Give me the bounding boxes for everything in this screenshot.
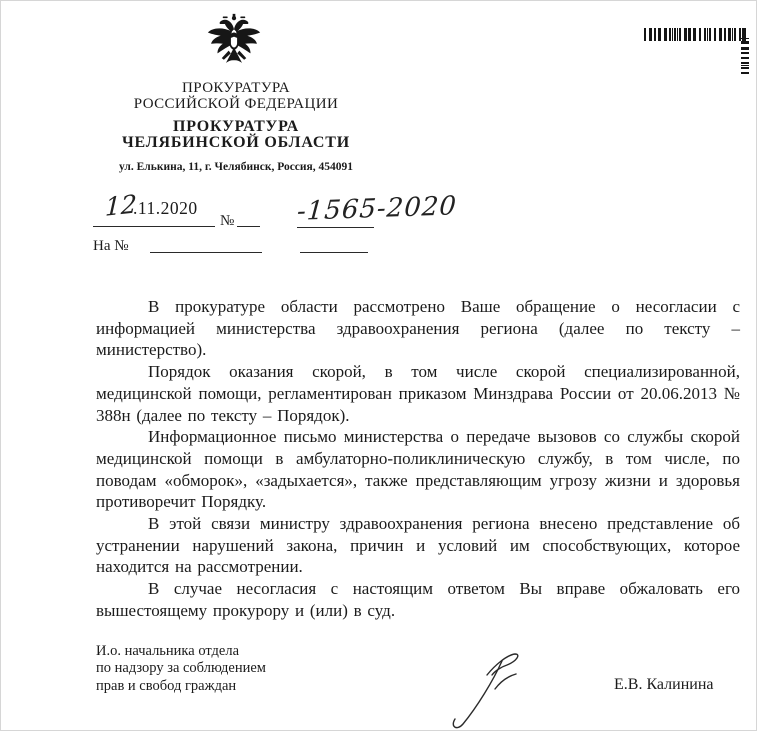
letter-body: В прокуратуре области рассмотрено Ваше о…: [96, 296, 740, 622]
signatory-title-line2: по надзору за соблюдением: [96, 660, 266, 677]
blank-line-reply-number: [150, 252, 262, 253]
org-parent-line2: РОССИЙСКОЙ ФЕДЕРАЦИИ: [109, 97, 363, 113]
paragraph-3: Информационное письмо министерства о пер…: [96, 426, 740, 513]
letterhead: ПРОКУРАТУРА РОССИЙСКОЙ ФЕДЕРАЦИИ ПРОКУРА…: [109, 81, 363, 173]
coat-of-arms-icon: [202, 9, 266, 71]
paragraph-1: В прокуратуре области рассмотрено Ваше о…: [96, 296, 740, 361]
outgoing-number-handwritten: -1565-2020: [296, 191, 458, 227]
blank-line-reply-date: [300, 252, 368, 253]
signatory-title-line3: прав и свобод граждан: [96, 678, 266, 695]
paragraph-5: В случае несогласия с настоящим ответом …: [96, 578, 740, 621]
handwritten-signature-icon: [447, 649, 529, 729]
blank-line-outgoing-number: [297, 227, 374, 228]
blank-line-number: [237, 226, 260, 227]
org-main-line1: ПРОКУРАТУРА: [109, 119, 363, 135]
reply-to-label: На №: [93, 238, 129, 255]
signatory-title: И.о. начальника отдела по надзору за соб…: [96, 643, 266, 695]
barcode-icon: [644, 28, 746, 41]
date-printed: .11.2020: [133, 198, 198, 219]
signatory-name: Е.В. Калинина: [614, 676, 713, 694]
signatory-title-line1: И.о. начальника отдела: [96, 643, 266, 660]
document-page: ПРОКУРАТУРА РОССИЙСКОЙ ФЕДЕРАЦИИ ПРОКУРА…: [0, 0, 757, 731]
number-label: №: [220, 213, 234, 230]
barcode-icon-vertical: [741, 38, 749, 74]
paragraph-2: Порядок оказания скорой, в том числе ско…: [96, 361, 740, 426]
paragraph-4: В этой связи министру здравоохранения ре…: [96, 513, 740, 578]
org-parent-line1: ПРОКУРАТУРА: [109, 81, 363, 97]
org-main-line2: ЧЕЛЯБИНСКОЙ ОБЛАСТИ: [109, 135, 363, 151]
blank-line-date: [93, 226, 215, 227]
org-address: ул. Елькина, 11, г. Челябинск, Россия, 4…: [109, 161, 363, 173]
